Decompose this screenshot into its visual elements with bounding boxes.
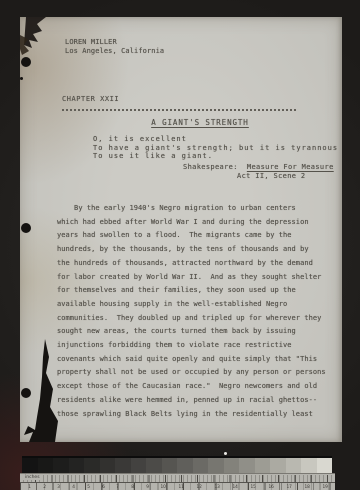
ruler-number: 3: [58, 484, 61, 489]
grayscale-step: [193, 458, 209, 474]
calibration-mark: [224, 452, 227, 455]
ruler-number: 16: [268, 484, 273, 489]
ruler-numbers: 12345678910111213141516171819: [28, 484, 328, 490]
ruler-number: 2: [43, 484, 46, 489]
ruler-number: 13: [215, 484, 220, 489]
grayscale-bar: [22, 456, 332, 474]
grayscale-step: [38, 458, 54, 474]
calibration-ruler: inches 12345678910111213141516171819: [20, 473, 335, 490]
ruler-number: 11: [179, 484, 184, 489]
grayscale-step: [317, 458, 333, 474]
ruler-number: 6: [102, 484, 105, 489]
ruler-number: 15: [250, 484, 255, 489]
grayscale-step: [22, 458, 38, 474]
grayscale-step: [162, 458, 178, 474]
ruler-number: 4: [72, 484, 75, 489]
ruler-unit-label: inches: [23, 475, 42, 480]
grayscale-step: [177, 458, 193, 474]
ruler-number: 7: [117, 484, 120, 489]
grayscale-step: [146, 458, 162, 474]
ruler-number: 19: [322, 484, 327, 489]
ruler-number: 9: [146, 484, 149, 489]
grayscale-step: [301, 458, 317, 474]
ruler-number: 18: [304, 484, 309, 489]
grayscale-step: [53, 458, 69, 474]
ruler-number: 12: [197, 484, 202, 489]
grayscale-step: [224, 458, 240, 474]
grayscale-step: [255, 458, 271, 474]
grayscale-step: [239, 458, 255, 474]
ruler-number: 5: [87, 484, 90, 489]
ruler-number: 8: [131, 484, 134, 489]
ruler-number: 10: [161, 484, 166, 489]
grayscale-step: [286, 458, 302, 474]
grayscale-step: [84, 458, 100, 474]
scan-background: LOREN MILLER Los Angeles, California CHA…: [0, 0, 360, 490]
ruler-number: 17: [286, 484, 291, 489]
grayscale-step: [131, 458, 147, 474]
grayscale-step: [115, 458, 131, 474]
ruler-inch-ticks: [20, 475, 335, 483]
grayscale-step: [270, 458, 286, 474]
paper-tear-overlay: [20, 17, 342, 442]
manuscript-page: LOREN MILLER Los Angeles, California CHA…: [20, 17, 342, 442]
ruler-number: 14: [233, 484, 238, 489]
grayscale-step: [100, 458, 116, 474]
grayscale-step: [69, 458, 85, 474]
grayscale-step: [208, 458, 224, 474]
ruler-number: 1: [28, 484, 31, 489]
